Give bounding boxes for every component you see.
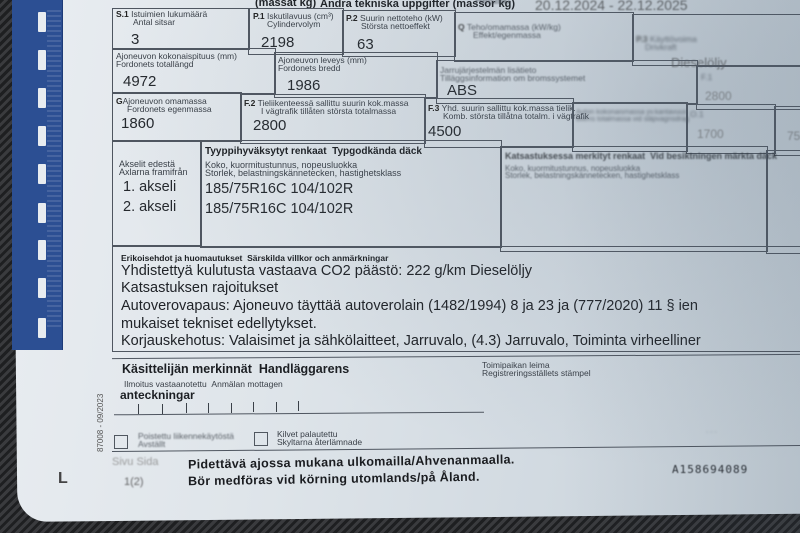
width-cell: Ajoneuvon leveys (mm) Fordonets bredd 19… [274,52,438,98]
fuel-cell: P.3 Käyttövoima Drivkraft Dieselöljy [632,14,800,66]
power-weight-cell: Q Teho/omamassa (kW/kg) Effekt/egenmassa [454,12,634,62]
axle-2-label: 2. akseli [123,199,176,215]
curb-weight-value: 1860 [121,115,154,132]
form-code: 87008 - 09/2023 [96,394,105,452]
inspection-tyres-cell: Katsastuksessa merkityt renkaat Vid besi… [500,146,768,252]
far-right-tyre-cell [766,150,800,254]
brake-info-value: ABS [447,82,477,99]
removed-from-traffic-checkbox[interactable] [114,435,128,449]
approved-tyres-cell: Tyyppihyväksytyt renkaat Typgodkända däc… [200,140,502,248]
length-value: 4972 [123,73,156,90]
max-power-cell: P.2 Suurin nettoteho (kW) Största nettoe… [342,10,456,57]
serial-number: A158694089 [672,463,748,476]
registration-form: (massat kg) Andra tekniska uppgifter (ma… [0,0,800,533]
right-lower-value: 1700 [697,127,724,141]
remark-line-3: Autoverovapaus: Ajoneuvo täyttää autover… [121,298,698,314]
seats-value: 3 [131,31,139,48]
length-cell: Ajoneuvon kokonaispituus (mm) Fordonets … [112,48,276,94]
combined-mass-value: 4500 [428,123,461,140]
page-label: Sivu Sida [112,458,158,467]
curb-weight-cell: GAjoneuvon omamassa Fordonets egenmassa … [112,92,242,142]
handler-header-2: anteckningar [120,388,195,402]
seats-cell: S.1 Istuimien lukumäärä Antal sitsar 3 [112,8,250,50]
car-total-mass-cell: Auton kokonaismassa yv.kantavuus Bilens … [572,102,688,152]
plates-returned-checkbox[interactable] [254,432,268,446]
max-total-mass-value: 2800 [253,117,286,134]
axle-1-label: 1. akseli [123,179,176,195]
handler-header: Käsittelijän merkinnät Handläggarens [122,362,349,376]
location-header: Helsinki [475,0,510,6]
notice-fi: Pidettävä ajossa mukana ulkomailla/Ahven… [188,452,515,471]
axle-2-tyre-size: 185/75R16C 104/102R [205,201,353,217]
axle-1-tyre-size: 185/75R16C 104/102R [205,181,353,197]
notice-sv: Bör medföras vid körning utomlands/på Ål… [188,470,480,489]
remarks-cell: Erikoisehdot ja huomautukset Särskilda v… [112,246,800,352]
page-letter: L [58,470,68,488]
right-upper-value: 2800 [705,89,732,103]
max-total-mass-cell: F.2 Tieliikenteessä sallittu suurin kok.… [240,94,426,144]
width-value: 1986 [287,77,320,94]
remarks-header: Erikoisehdot ja huomautukset Särskilda v… [121,253,388,263]
axles-cell: Akselit edestä Axlarna framifrån 1. akse… [112,140,202,246]
far-right-lower-cell: 750 [774,106,800,156]
remark-line-4: mukaiset tekniset edellytykset. [121,316,317,332]
remark-line-1: Yhdistettyä kulutusta vastaava CO2 pääst… [121,263,532,279]
inspection-tyres-header: Katsastuksessa merkityt renkaat Vid besi… [505,151,777,161]
remark-line-5: Korjauskehotus: Valaisimet ja sähkölaitt… [121,333,701,349]
page-value: 1(2) [124,478,144,487]
approved-tyres-header: Tyyppihyväksytyt renkaat Typgodkända däc… [205,146,422,157]
max-power-value: 63 [357,36,374,53]
divider [112,354,800,359]
remark-line-2: Katsastuksen rajoitukset [121,280,278,296]
